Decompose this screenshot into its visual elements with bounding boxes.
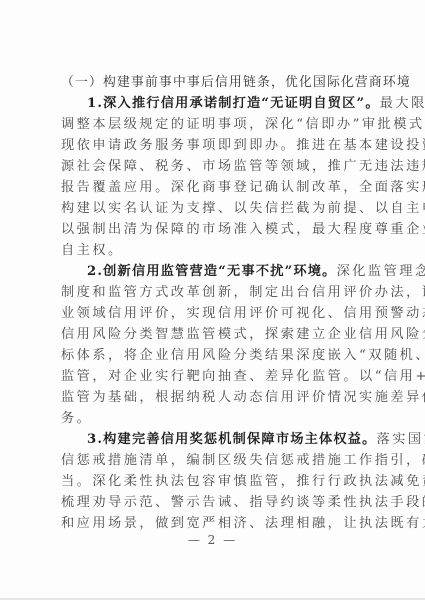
paragraph-2-line: 制度和监管方式改革创新，制定出台信用评价办法，试点开展行 bbox=[61, 282, 371, 303]
paragraph-2-line: 监管，对企业实行靶向抽查、差异化监管。以“信用+风险”税务 bbox=[61, 366, 371, 387]
paragraph-1-first-line: 1.深入推行信用承诺制打造“无证明自贸区”。最大限度取消、 bbox=[61, 93, 371, 114]
paragraph-2-line: 标体系，将企业信用风险分类结果深度嵌入“双随机、一公开” bbox=[61, 345, 371, 366]
paragraph-2-line: 业领域信用评价，实现信用评价可视化、信用预警动态化。推行 bbox=[61, 303, 371, 324]
paragraph-1-line: 以强制出清为保障的市场准入模式，最大程度尊重企业登记注册 bbox=[61, 219, 371, 240]
paragraph-3-line: 梳理劝导示范、警示告诫、指导约谈等柔性执法手段的适用条件 bbox=[61, 492, 371, 513]
paragraph-3-text: 落实国家和省失 bbox=[377, 432, 425, 447]
paragraph-3-title: 3.构建完善信用奖惩机制保障市场主体权益。 bbox=[87, 432, 377, 447]
paragraph-1-line: 报告覆盖应用。深化商事登记确认制改革，全面落实形式审查， bbox=[61, 177, 371, 198]
paragraph-2-text: 深化监管理念、监管 bbox=[337, 264, 425, 279]
document-body: （一）构建事前事中事后信用链条，优化国际化营商环境 1.深入推行信用承诺制打造“… bbox=[61, 72, 371, 534]
paragraph-1-line: 调整本层级规定的证明事项，深化“信即办”审批模式改革，实 bbox=[61, 114, 371, 135]
paragraph-1-line: 源社会保障、税务、市场监管等领域，推广无违法违规证明信用 bbox=[61, 156, 371, 177]
paragraph-2-first-line: 2.创新信用监管营造“无事不扰”环境。深化监管理念、监管 bbox=[61, 261, 371, 282]
paragraph-3-line: 信惩戒措施清单，编制区级失信惩戒措施工作指引，确保过惩相 bbox=[61, 450, 371, 471]
page-number: — 2 — bbox=[0, 533, 425, 547]
paragraph-2-line: 信用风险分类智慧监管模式，探索建立企业信用风险分类管理指 bbox=[61, 324, 371, 345]
paragraph-3-line: 当。深化柔性执法包容审慎监管，推行行政执法减免责清单制度， bbox=[61, 471, 371, 492]
paragraph-1-line: 自主权。 bbox=[61, 240, 371, 261]
paragraph-2-line: 监管为基础，根据纳税人动态信用评价情况实施差异化管理和服 bbox=[61, 387, 371, 408]
paragraph-1-text: 最大限度取消、 bbox=[380, 96, 425, 111]
paragraph-1-line: 现依申请政务服务事项即到即办。推进在基本建设投资、人力资 bbox=[61, 135, 371, 156]
paragraph-1-title: 1.深入推行信用承诺制打造“无证明自贸区”。 bbox=[87, 96, 380, 111]
section-heading: （一）构建事前事中事后信用链条，优化国际化营商环境 bbox=[61, 72, 371, 93]
paragraph-3-line: 和应用场景，做到宽严相济、法理相融，让执法既有力度又有温 bbox=[61, 513, 371, 534]
paragraph-2-title: 2.创新信用监管营造“无事不扰”环境。 bbox=[87, 264, 337, 279]
document-page: （一）构建事前事中事后信用链条，优化国际化营商环境 1.深入推行信用承诺制打造“… bbox=[0, 0, 425, 600]
paragraph-1-line: 构建以实名认证为支撑、以失信拦截为前提、以自主申报为核心、 bbox=[61, 198, 371, 219]
paragraph-3-first-line: 3.构建完善信用奖惩机制保障市场主体权益。落实国家和省失 bbox=[61, 429, 371, 450]
paragraph-2-line: 务。 bbox=[61, 408, 371, 429]
